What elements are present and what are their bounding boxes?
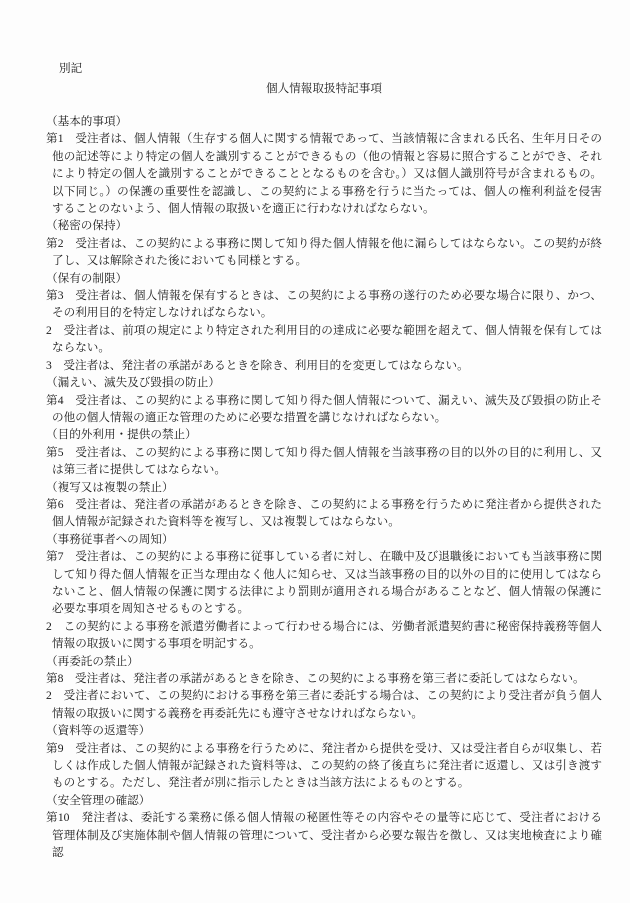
article-8-paragraph-1: 第8 受注者は、発注者の承諾があるときを除き、この契約による事務を第三者に委託し…	[46, 670, 602, 687]
section-heading-subcontract-prohibition: （再委託の禁止）	[46, 653, 602, 670]
section-heading-retention-limit: （保有の制限）	[46, 270, 602, 287]
article-9-paragraph: 第9 受注者は、この契約による事務を行うために、発注者から提供を受け、又は受注者…	[46, 740, 602, 792]
article-3-paragraph-2: 2 受注者は、前項の規定により特定された利用目的の達成に必要な範囲を超えて、個人…	[46, 322, 602, 357]
section-heading-secrecy: （秘密の保持）	[46, 217, 602, 234]
article-3-paragraph-3: 3 受注者は、発注者の承諾があるときを除き、利用目的を変更してはならない。	[46, 357, 602, 374]
article-3-paragraph-1: 第3 受注者は、個人情報を保有するときは、この契約による事務の遂行のため必要な場…	[46, 287, 602, 322]
document-title: 個人情報取扱特記事項	[46, 81, 602, 97]
section-heading-misuse-prohibition: （目的外利用・提供の禁止）	[46, 426, 602, 443]
article-2-paragraph: 第2 受注者は、この契約による事務に関して知り得た個人情報を他に漏らしてはならな…	[46, 235, 602, 270]
article-10-paragraph: 第10 発注者は、委託する業務に係る個人情報の秘匿性等その内容やその量等に応じて…	[46, 809, 602, 861]
article-4-paragraph: 第4 受注者は、この契約による事務に関して知り得た個人情報について、漏えい、滅失…	[46, 392, 602, 427]
article-5-paragraph: 第5 受注者は、この契約による事務に関して知り得た個人情報を当該事務の目的以外の…	[46, 444, 602, 479]
section-heading-safety-check: （安全管理の確認）	[46, 792, 602, 809]
article-8-paragraph-2: 2 受注者において、この契約における事務を第三者に委託する場合は、この契約により…	[46, 687, 602, 722]
article-6-paragraph: 第6 受注者は、発注者の承諾があるときを除き、この契約による事務を行うために発注…	[46, 496, 602, 531]
section-heading-leak-prevention: （漏えい、滅失及び毀損の防止）	[46, 374, 602, 391]
section-heading-material-return: （資料等の返還等）	[46, 722, 602, 739]
document-body: （基本的事項） 第1 受注者は、個人情報（生存する個人に関する情報であって、当該…	[46, 113, 602, 861]
article-7-paragraph-1: 第7 受注者は、この契約による事務に従事している者に対し、在職中及び退職後におい…	[46, 548, 602, 618]
attachment-label: 別記	[59, 61, 82, 76]
article-1-paragraph: 第1 受注者は、個人情報（生存する個人に関する情報であって、当該情報に含まれる氏…	[46, 130, 602, 217]
article-7-paragraph-2: 2 この契約による事務を派遣労働者によって行わせる場合には、労働者派遣契約書に秘…	[46, 618, 602, 653]
section-heading-basic: （基本的事項）	[46, 113, 602, 130]
document-page: 別記 個人情報取扱特記事項 （基本的事項） 第1 受注者は、個人情報（生存する個…	[0, 0, 630, 903]
section-heading-staff-notification: （事務従事者への周知）	[46, 531, 602, 548]
section-heading-copy-prohibition: （複写又は複製の禁止）	[46, 479, 602, 496]
